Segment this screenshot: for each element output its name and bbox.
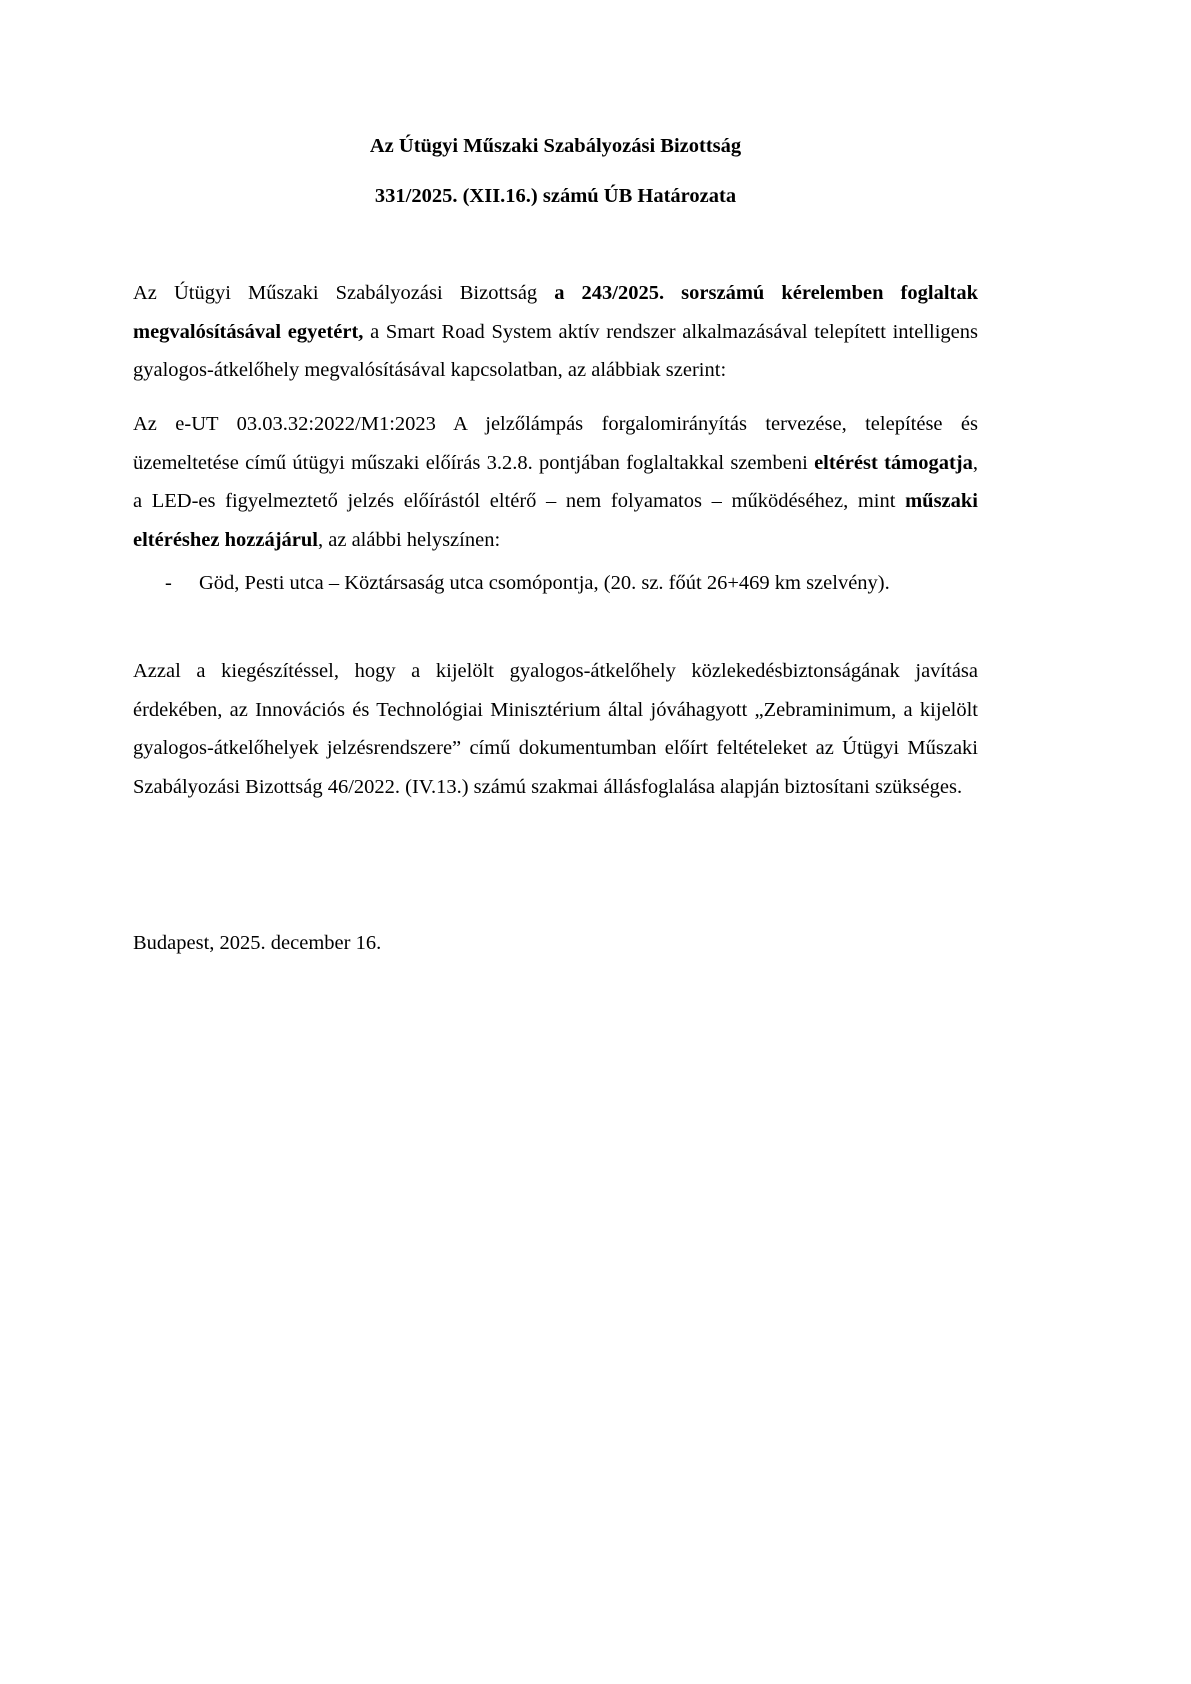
document-title-committee: Az Útügyi Műszaki Szabályozási Bizottság bbox=[0, 134, 1111, 158]
location-text: Göd, Pesti utca – Köztársaság utca csomó… bbox=[199, 564, 890, 603]
bullet-dash-icon: - bbox=[165, 564, 185, 603]
document-page: Az Útügyi Műszaki Szabályozási Bizottság… bbox=[0, 0, 1191, 1684]
paragraph-deviation: Az e-UT 03.03.32:2022/M1:2023 A jelzőlám… bbox=[133, 405, 978, 559]
paragraph-approval: Az Útügyi Műszaki Szabályozási Bizottság… bbox=[133, 274, 978, 390]
place-and-date: Budapest, 2025. december 16. bbox=[133, 924, 978, 963]
paragraph-deviation-bold-1: eltérést támogatja bbox=[814, 452, 973, 474]
document-title-resolution-number: 331/2025. (XII.16.) számú ÚB Határozata bbox=[0, 184, 1111, 208]
paragraph-supplement: Azzal a kiegészítéssel, hogy a kijelölt … bbox=[133, 652, 978, 806]
paragraph-approval-text-1: Az Útügyi Műszaki Szabályozási Bizottság bbox=[133, 282, 554, 304]
paragraph-deviation-text-3: , az alábbi helyszínen: bbox=[318, 529, 500, 551]
